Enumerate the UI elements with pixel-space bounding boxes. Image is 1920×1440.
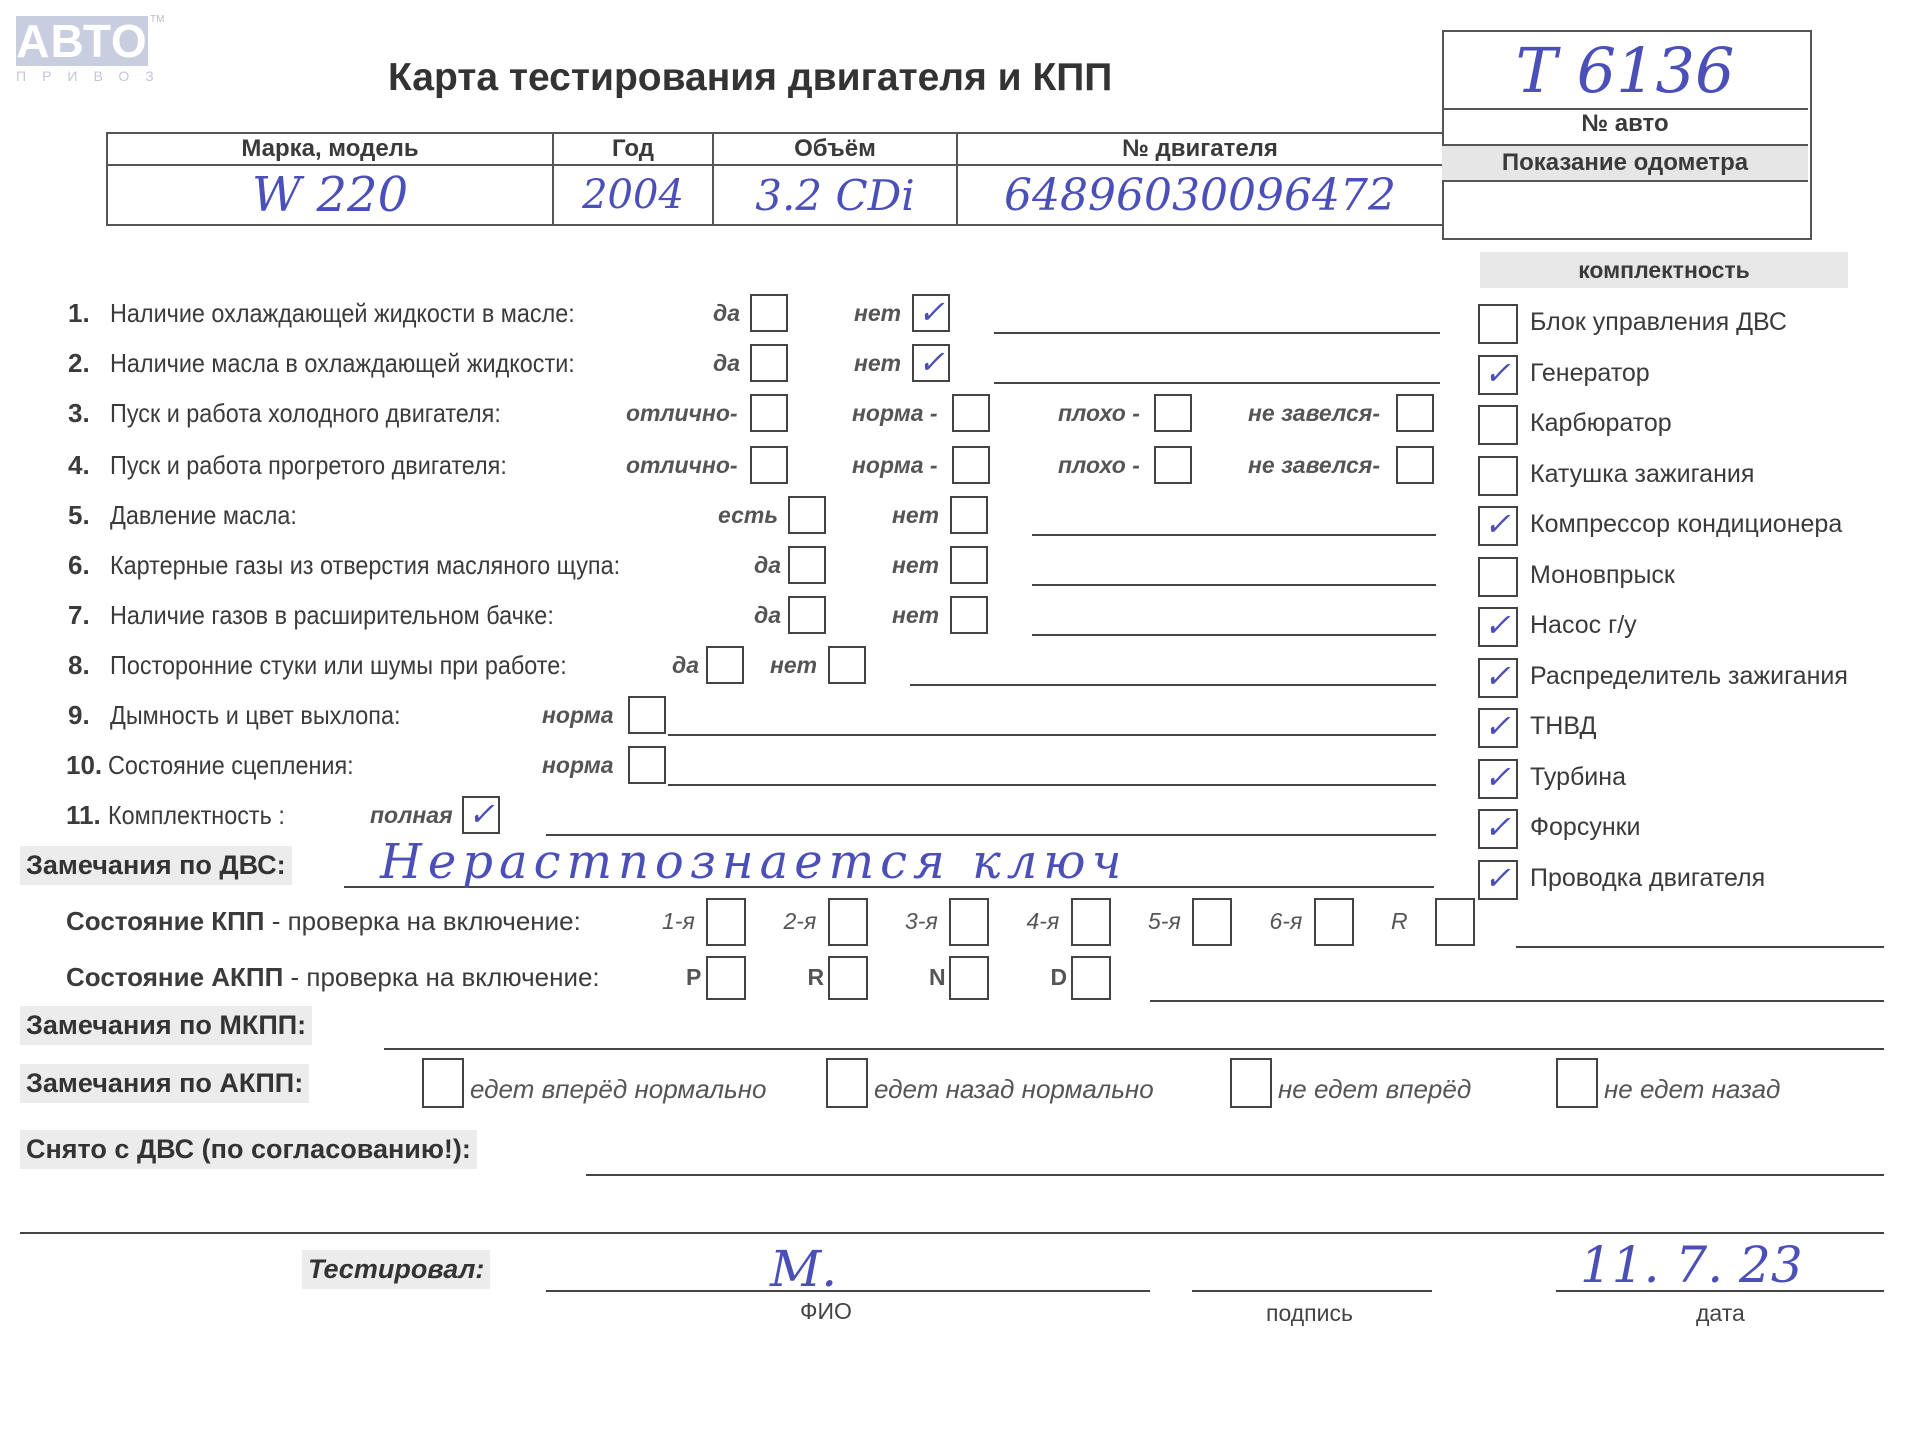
odometer-field[interactable]	[1442, 180, 1808, 236]
akpp-remark-label: едет вперёд нормально	[470, 1074, 766, 1105]
option-checkbox[interactable]	[1154, 446, 1192, 484]
question-number: 11.	[66, 800, 101, 831]
akpp-remark-label: не едет вперёд	[1278, 1074, 1471, 1105]
car-number-label: № авто	[1442, 110, 1808, 138]
akpp-mode-label: D	[1051, 964, 1068, 991]
option-checkbox[interactable]	[706, 646, 744, 684]
col-volume-header: Объём	[713, 133, 957, 165]
option-checkbox[interactable]: ✓	[462, 796, 500, 834]
kpp-label: Состояние КПП - проверка на включение:	[66, 906, 581, 937]
option-label: да	[754, 602, 781, 629]
option-checkbox[interactable]	[950, 596, 988, 634]
gear-checkbox[interactable]	[1071, 898, 1111, 946]
col-engine-header: № двигателя	[957, 133, 1443, 165]
check-mark-icon: ✓	[1484, 357, 1511, 389]
date-label: дата	[1696, 1300, 1745, 1327]
check-mark-icon: ✓	[468, 798, 495, 830]
answer-line[interactable]	[1032, 584, 1436, 586]
akpp-remark-checkbox[interactable]	[422, 1058, 464, 1108]
gear-label: 5-я	[1148, 908, 1181, 935]
completeness-checkbox[interactable]	[1478, 405, 1518, 445]
akpp-label-bold: Состояние АКПП	[66, 962, 283, 992]
option-label: норма -	[852, 452, 938, 479]
option-label: не завелся-	[1248, 452, 1380, 479]
option-label: нет	[892, 502, 939, 529]
answer-line[interactable]	[668, 784, 1436, 786]
car-number-field[interactable]: T 6136	[1442, 34, 1808, 110]
option-checkbox[interactable]	[950, 546, 988, 584]
remarks-mkpp-label: Замечания по МКПП:	[20, 1006, 312, 1045]
check-mark-icon: ✓	[1484, 761, 1511, 793]
completeness-checkbox[interactable]: ✓	[1478, 355, 1518, 395]
akpp-remark-label: не едет назад	[1604, 1074, 1780, 1105]
option-label: плохо -	[1058, 452, 1140, 479]
gear-checkbox[interactable]	[706, 898, 746, 946]
removed-line[interactable]	[586, 1174, 1884, 1176]
akpp-label-rest: - проверка на включение:	[283, 962, 599, 992]
check-mark-icon: ✓	[1484, 862, 1511, 894]
question-text: Наличие охлаждающей жидкости в масле:	[110, 298, 575, 329]
option-label: норма	[542, 752, 614, 779]
question-text: Наличие газов в расширительном бачке:	[110, 600, 554, 631]
completeness-item-label: ТНВД	[1530, 712, 1596, 741]
kpp-line	[1516, 946, 1884, 948]
option-checkbox[interactable]	[788, 546, 826, 584]
completeness-checkbox[interactable]	[1478, 456, 1518, 496]
option-label: нет	[770, 652, 817, 679]
akpp-mode-checkbox[interactable]	[1071, 956, 1111, 1000]
answer-line[interactable]	[1032, 534, 1436, 536]
akpp-label: Состояние АКПП - проверка на включение:	[66, 962, 600, 993]
logo: АВТО	[16, 16, 148, 66]
question-text: Состояние сцепления:	[108, 750, 354, 781]
check-mark-icon: ✓	[1484, 508, 1511, 540]
completeness-checkbox[interactable]: ✓	[1478, 506, 1518, 546]
signature-label: подпись	[1266, 1300, 1353, 1327]
completeness-item-label: Компрессор кондиционера	[1530, 510, 1842, 539]
question-number: 4.	[68, 450, 90, 481]
fio-field[interactable]: М.	[770, 1240, 837, 1298]
option-checkbox[interactable]: ✓	[912, 294, 950, 332]
question-number: 10.	[66, 750, 102, 781]
remarks-akpp-label: Замечания по АКПП:	[20, 1064, 309, 1103]
answer-line[interactable]	[668, 734, 1436, 736]
check-mark-icon: ✓	[1484, 710, 1511, 742]
gear-label: 4-я	[1027, 908, 1060, 935]
check-mark-icon: ✓	[1484, 811, 1511, 843]
volume-field[interactable]: 3.2 CDi	[713, 165, 957, 225]
akpp-mode-checkbox[interactable]	[828, 956, 868, 1000]
question-text: Дымность и цвет выхлопа:	[110, 700, 400, 731]
question-number: 7.	[68, 600, 90, 631]
answer-line[interactable]	[994, 382, 1440, 384]
removed-line-2[interactable]	[20, 1232, 1884, 1234]
option-checkbox[interactable]	[750, 446, 788, 484]
col-model-header: Марка, модель	[107, 133, 553, 165]
option-label: не завелся-	[1248, 400, 1380, 427]
option-label: отлично-	[626, 452, 738, 479]
odometer-label: Показание одометра	[1442, 144, 1808, 182]
akpp-mode-label: P	[686, 964, 701, 991]
gear-label: R	[1391, 908, 1408, 935]
fio-label: ФИО	[800, 1298, 852, 1325]
option-checkbox[interactable]	[1154, 394, 1192, 432]
completeness-checkbox[interactable]: ✓	[1478, 708, 1518, 748]
kpp-label-bold: Состояние КПП	[66, 906, 265, 936]
option-label: нет	[892, 552, 939, 579]
option-checkbox[interactable]	[1396, 446, 1434, 484]
question-text: Давление масла:	[110, 500, 297, 531]
option-checkbox[interactable]	[828, 646, 866, 684]
gear-checkbox[interactable]	[1192, 898, 1232, 946]
gear-checkbox[interactable]	[1314, 898, 1354, 946]
akpp-mode-label: R	[808, 964, 825, 991]
question-number: 8.	[68, 650, 90, 681]
question-text: Пуск и работа прогретого двигателя:	[110, 450, 507, 481]
logo-trademark: TM	[150, 14, 164, 25]
vehicle-info-table: Марка, модель Год Объём № двигателя W 22…	[106, 132, 1444, 226]
model-field[interactable]: W 220	[107, 165, 553, 225]
gear-label: 6-я	[1270, 908, 1303, 935]
answer-line[interactable]	[994, 332, 1440, 334]
akpp-remark-checkbox[interactable]	[1556, 1058, 1598, 1108]
option-label: нет	[854, 350, 901, 377]
akpp-mode-checkbox[interactable]	[706, 956, 746, 1000]
completeness-item-label: Катушка зажигания	[1530, 460, 1754, 489]
gear-checkbox[interactable]	[828, 898, 868, 946]
akpp-remark-checkbox[interactable]	[1230, 1058, 1272, 1108]
option-checkbox[interactable]	[788, 596, 826, 634]
completeness-item-label: Насос г/у	[1530, 611, 1637, 640]
akpp-mode-label: N	[929, 964, 946, 991]
remarks-dvs-label: Замечания по ДВС:	[20, 846, 292, 885]
remarks-dvs-field[interactable]: Нерастпознается ключ	[380, 834, 1127, 890]
completeness-item-label: Генератор	[1530, 359, 1650, 388]
question-text: Наличие масла в охлаждающей жидкости:	[110, 348, 575, 379]
col-year-header: Год	[553, 133, 713, 165]
signature-line	[1192, 1290, 1432, 1292]
gear-label: 3-я	[905, 908, 938, 935]
answer-line[interactable]	[910, 684, 1436, 686]
completeness-checkbox[interactable]	[1478, 557, 1518, 597]
completeness-item-label: Турбина	[1530, 763, 1626, 792]
question-number: 2.	[68, 348, 90, 379]
check-mark-icon: ✓	[1484, 609, 1511, 641]
completeness-checkbox[interactable]: ✓	[1478, 658, 1518, 698]
option-label: нет	[854, 300, 901, 327]
option-label: да	[713, 300, 740, 327]
option-label: норма	[542, 702, 614, 729]
completeness-checkbox[interactable]: ✓	[1478, 860, 1518, 900]
check-mark-icon: ✓	[918, 296, 945, 328]
gear-checkbox[interactable]	[1435, 898, 1475, 946]
fio-line	[546, 1290, 1150, 1292]
kpp-label-rest: - проверка на включение:	[265, 906, 581, 936]
question-text: Пуск и работа холодного двигателя:	[110, 398, 501, 429]
option-checkbox[interactable]	[950, 496, 988, 534]
option-label: да	[754, 552, 781, 579]
logo-subtitle: ПРИВОЗ	[16, 68, 170, 84]
completeness-checkbox[interactable]	[1478, 304, 1518, 344]
remarks-mkpp-line[interactable]	[384, 1048, 1884, 1050]
check-mark-icon: ✓	[918, 346, 945, 378]
option-checkbox[interactable]	[628, 746, 666, 784]
question-number: 3.	[68, 398, 90, 429]
option-label: есть	[718, 502, 778, 529]
engine-number-field[interactable]: 64896030096472	[957, 165, 1443, 225]
option-label: плохо -	[1058, 400, 1140, 427]
option-checkbox[interactable]	[750, 394, 788, 432]
option-checkbox[interactable]	[788, 496, 826, 534]
completeness-item-label: Карбюратор	[1530, 409, 1672, 438]
check-mark-icon: ✓	[1484, 660, 1511, 692]
removed-label: Снято с ДВС (по согласованию!):	[20, 1130, 477, 1169]
completeness-item-label: Блок управления ДВС	[1530, 308, 1787, 337]
gear-label: 1-я	[662, 908, 695, 935]
question-text: Посторонние стуки или шумы при работе:	[110, 650, 567, 681]
akpp-remark-label: едет назад нормально	[874, 1074, 1154, 1105]
option-checkbox[interactable]	[952, 394, 990, 432]
akpp-mode-checkbox[interactable]	[949, 956, 989, 1000]
date-field[interactable]: 11. 7. 23	[1580, 1236, 1803, 1294]
completeness-checkbox[interactable]: ✓	[1478, 607, 1518, 647]
tested-label: Тестировал:	[302, 1250, 490, 1289]
option-label: нет	[892, 602, 939, 629]
completeness-item-label: Распределитель зажигания	[1530, 662, 1848, 691]
option-label: полная	[370, 802, 453, 829]
option-label: да	[672, 652, 699, 679]
page-title: Карта тестирования двигателя и КПП	[388, 56, 1112, 100]
gear-label: 2-я	[784, 908, 817, 935]
option-checkbox[interactable]	[952, 446, 990, 484]
question-number: 9.	[68, 700, 90, 731]
question-text: Картерные газы из отверстия масляного щу…	[110, 550, 620, 581]
completeness-checkbox[interactable]: ✓	[1478, 809, 1518, 849]
question-number: 1.	[68, 298, 90, 329]
option-checkbox[interactable]	[628, 696, 666, 734]
completeness-item-label: Моновпрыск	[1530, 561, 1675, 590]
option-checkbox[interactable]	[750, 294, 788, 332]
option-checkbox[interactable]	[1396, 394, 1434, 432]
gear-checkbox[interactable]	[949, 898, 989, 946]
akpp-line	[1150, 1000, 1884, 1002]
completeness-item-label: Проводка двигателя	[1530, 864, 1765, 893]
completeness-item-label: Форсунки	[1530, 813, 1641, 842]
akpp-remark-checkbox[interactable]	[826, 1058, 868, 1108]
option-label: норма -	[852, 400, 938, 427]
option-checkbox[interactable]: ✓	[912, 344, 950, 382]
year-field[interactable]: 2004	[553, 165, 713, 225]
question-number: 5.	[68, 500, 90, 531]
option-label: да	[713, 350, 740, 377]
question-text: Комплектность :	[108, 800, 285, 831]
question-number: 6.	[68, 550, 90, 581]
completeness-checkbox[interactable]: ✓	[1478, 759, 1518, 799]
answer-line[interactable]	[1032, 634, 1436, 636]
completeness-title: комплектность	[1480, 252, 1848, 288]
option-checkbox[interactable]	[750, 344, 788, 382]
option-label: отлично-	[626, 400, 738, 427]
